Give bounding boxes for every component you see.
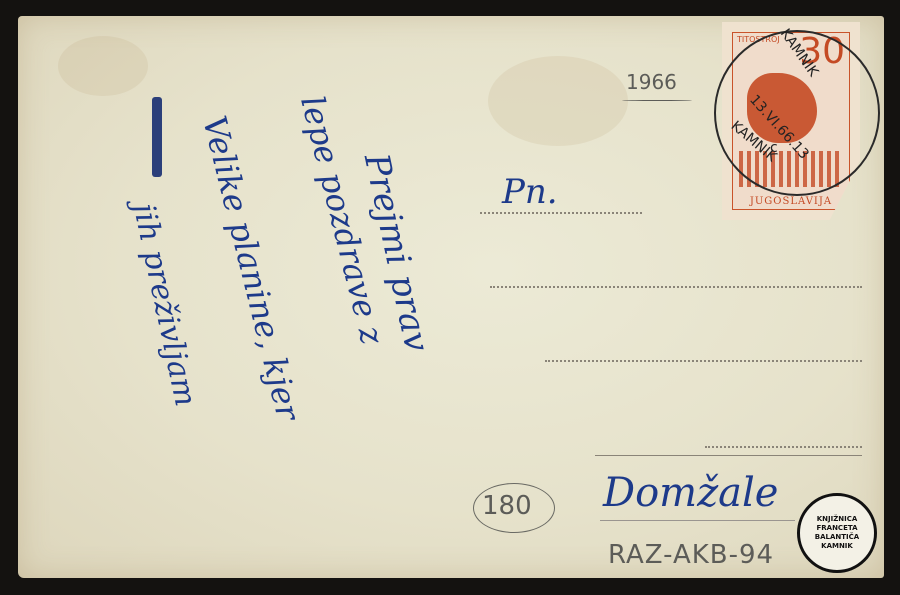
address-line-5 <box>595 455 862 456</box>
address-line-6 <box>600 520 795 521</box>
address-line-4 <box>705 446 862 448</box>
library-stamp-line: KAMNIK <box>821 542 853 551</box>
library-stamp-line: KNJIŽNICA <box>817 515 858 524</box>
stain <box>58 36 148 96</box>
year-underline <box>622 100 692 101</box>
stamp-country: JUGOSLAVIJA <box>733 196 849 207</box>
year-note: 1966 <box>626 70 677 94</box>
library-stamp-line: FRANCETA <box>816 524 857 533</box>
catalog-id: RAZ-AKB-94 <box>608 540 774 570</box>
library-stamp-line: BALANTIČA <box>815 533 859 542</box>
address-line-2 <box>490 286 862 288</box>
library-stamp: KNJIŽNICA FRANCETA BALANTIČA KAMNIK <box>797 493 877 573</box>
address-line-1 <box>480 212 642 214</box>
crossed-out-word <box>152 97 162 177</box>
recipient-city: Domžale <box>603 470 778 516</box>
number-note: 180 <box>482 491 532 521</box>
stain <box>488 56 628 146</box>
address-prefix: Pn. <box>502 172 558 212</box>
address-line-3 <box>545 360 862 362</box>
